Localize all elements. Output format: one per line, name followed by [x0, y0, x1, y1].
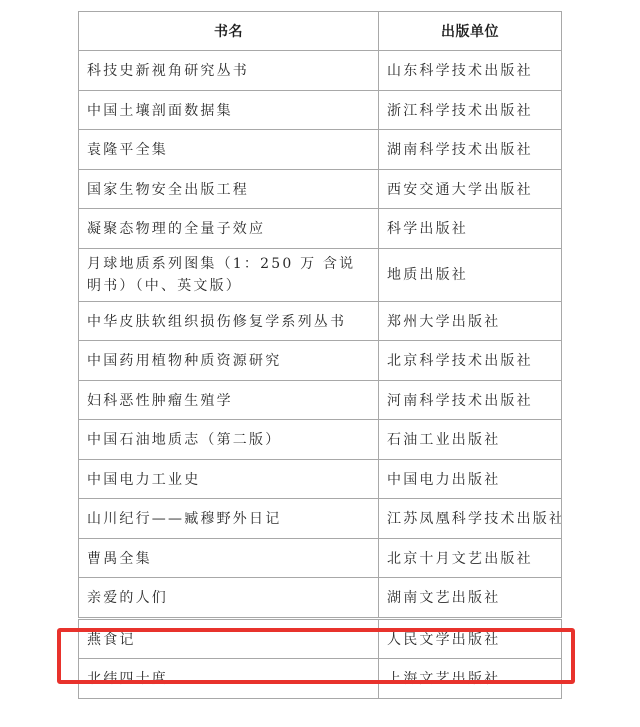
table-row: 凝聚态物理的全量子效应 科学出版社 [79, 209, 562, 249]
table-row: 袁隆平全集 湖南科学技术出版社 [79, 130, 562, 170]
publisher-cell: 江苏凤凰科学技术出版社 [379, 499, 562, 539]
publisher-cell: 地质出版社 [379, 248, 562, 301]
book-title-cell: 中国药用植物种质资源研究 [79, 341, 379, 381]
publisher-cell: 人民文学出版社 [379, 618, 562, 659]
book-title-cell: 月球地质系列图集（1：250 万 含说明书）（中、英文版） [79, 248, 379, 301]
table-row: 国家生物安全出版工程 西安交通大学出版社 [79, 169, 562, 209]
book-title-cell: 中华皮肤软组织损伤修复学系列丛书 [79, 301, 379, 341]
book-title-cell: 国家生物安全出版工程 [79, 169, 379, 209]
publisher-cell: 上海文艺出版社 [379, 659, 562, 699]
table-header-row: 书名 出版单位 [79, 12, 562, 51]
book-title-cell: 中国土壤剖面数据集 [79, 90, 379, 130]
table-row: 中国药用植物种质资源研究 北京科学技术出版社 [79, 341, 562, 381]
publisher-cell: 北京科学技术出版社 [379, 341, 562, 381]
table-row: 亲爱的人们 湖南文艺出版社 [79, 578, 562, 619]
book-publisher-table: 书名 出版单位 科技史新视角研究丛书 山东科学技术出版社 中国土壤剖面数据集 浙… [78, 11, 562, 699]
table-row: 妇科恶性肿瘤生殖学 河南科学技术出版社 [79, 380, 562, 420]
publisher-cell: 浙江科学技术出版社 [379, 90, 562, 130]
book-title-cell: 燕食记 [79, 618, 379, 659]
table-row: 北纬四十度 上海文艺出版社 [79, 659, 562, 699]
book-title-cell: 亲爱的人们 [79, 578, 379, 619]
book-title-cell: 曹禺全集 [79, 538, 379, 578]
book-title-cell: 妇科恶性肿瘤生殖学 [79, 380, 379, 420]
book-title-cell: 凝聚态物理的全量子效应 [79, 209, 379, 249]
book-title-cell: 袁隆平全集 [79, 130, 379, 170]
table-row: 山川纪行——臧穆野外日记 江苏凤凰科学技术出版社 [79, 499, 562, 539]
book-title-cell: 科技史新视角研究丛书 [79, 51, 379, 91]
publisher-cell: 湖南文艺出版社 [379, 578, 562, 619]
publisher-cell: 河南科学技术出版社 [379, 380, 562, 420]
table-row: 中华皮肤软组织损伤修复学系列丛书 郑州大学出版社 [79, 301, 562, 341]
publisher-cell: 中国电力出版社 [379, 459, 562, 499]
table-row: 月球地质系列图集（1：250 万 含说明书）（中、英文版） 地质出版社 [79, 248, 562, 301]
book-title-cell: 中国电力工业史 [79, 459, 379, 499]
publisher-cell: 北京十月文艺出版社 [379, 538, 562, 578]
publisher-cell: 湖南科学技术出版社 [379, 130, 562, 170]
publisher-cell: 郑州大学出版社 [379, 301, 562, 341]
column-header-publisher: 出版单位 [379, 12, 562, 51]
table-row-highlighted: 燕食记 人民文学出版社 [79, 618, 562, 659]
table-row: 中国石油地质志（第二版） 石油工业出版社 [79, 420, 562, 460]
book-title-cell: 中国石油地质志（第二版） [79, 420, 379, 460]
book-title-cell: 北纬四十度 [79, 659, 379, 699]
table-row: 科技史新视角研究丛书 山东科学技术出版社 [79, 51, 562, 91]
table-row: 中国土壤剖面数据集 浙江科学技术出版社 [79, 90, 562, 130]
table-row: 曹禺全集 北京十月文艺出版社 [79, 538, 562, 578]
table-row: 中国电力工业史 中国电力出版社 [79, 459, 562, 499]
publisher-cell: 西安交通大学出版社 [379, 169, 562, 209]
publisher-cell: 山东科学技术出版社 [379, 51, 562, 91]
column-header-title: 书名 [79, 12, 379, 51]
publisher-cell: 石油工业出版社 [379, 420, 562, 460]
publisher-cell: 科学出版社 [379, 209, 562, 249]
book-title-cell: 山川纪行——臧穆野外日记 [79, 499, 379, 539]
